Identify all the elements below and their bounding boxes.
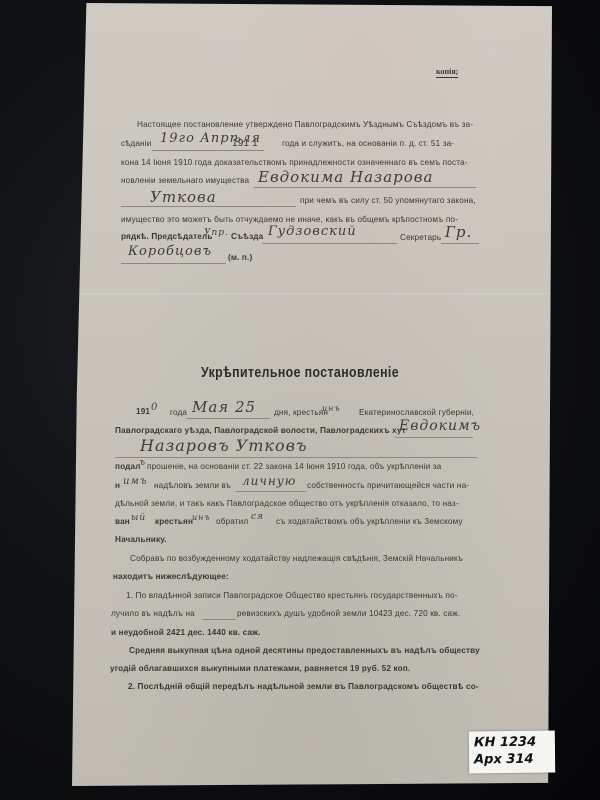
hw-abbr: Упр.	[204, 228, 229, 238]
s2-l7-d: съ ходатайствомъ объ укрѣпленіи къ Земск…	[276, 517, 463, 526]
s1-line1: Настоящее постановление утверждено Павло…	[137, 120, 473, 129]
archive-label: КН 1234 Арх 314	[469, 731, 555, 774]
hw-pronoun: имъ	[123, 476, 147, 487]
s2-l1-a: года	[170, 408, 187, 417]
s2-p3-l3: и неудобной 2421 дес. 1440 кв. саж.	[111, 628, 261, 637]
s2-p2-l2: находитъ нижеслѣдующее:	[113, 572, 229, 581]
fill-line	[152, 150, 264, 151]
fill-line	[186, 418, 270, 419]
fill-line	[121, 206, 296, 207]
fill-line	[262, 243, 397, 244]
s1-line3: кона 14 Іюня 1910 года доказательствомъ …	[121, 158, 468, 167]
s2-l1-c: Екатеринославской губерніи,	[359, 408, 474, 417]
s2-l4-b: прошеніе, на основаніи ст. 22 закона 14 …	[147, 462, 441, 471]
s2-l7-a: ван	[115, 517, 130, 526]
archive-number: Арх 314	[474, 751, 555, 769]
hw-year: 191 1	[232, 138, 258, 149]
hw-secretary: Коробцовъ	[128, 244, 212, 259]
s2-l8: Начальнику.	[115, 535, 167, 544]
fill-line	[254, 187, 476, 188]
seal-place: (м. п.)	[228, 253, 252, 262]
hw-chairman: Гудзовский	[268, 224, 357, 239]
paper-fold	[72, 293, 552, 294]
hw-first-name: Евдокимъ	[399, 418, 481, 434]
s2-year: 191	[136, 407, 150, 416]
hw-ownership: личную	[242, 474, 296, 488]
s1-line2-b: года и служитъ, на основаніи п. д. ст. 5…	[282, 139, 454, 148]
fill-line	[121, 263, 226, 264]
hw-date: Мая 25	[192, 398, 256, 416]
s2-l7-b: крестьян	[155, 517, 193, 526]
s2-p5-l1: 2. Послѣдній общій передѣлъ надѣльной зе…	[128, 682, 479, 691]
s2-p4-l2: угодій облагавшихся выкупными платежами,…	[110, 664, 410, 673]
fill-line	[441, 243, 479, 244]
hw-surname: Уткова	[150, 188, 217, 206]
hw-full-name: Назаровъ Утковъ	[140, 436, 308, 455]
s1-line7-c: Секретарь	[400, 233, 441, 242]
s1-line7-b: Съѣзда	[231, 232, 263, 241]
s2-l6: дѣльной земли, и такъ какъ Павлоградское…	[115, 499, 459, 508]
copy-stamp: копія;	[436, 67, 458, 78]
s1-line2-a: сѣданіи	[121, 139, 151, 148]
s1-line5: при чемъ въ силу ст. 50 упомянутаго зако…	[300, 196, 476, 205]
fill-line	[115, 457, 477, 458]
s1-line6: имущество это можетъ быть отчуждаемо не …	[121, 215, 458, 224]
s2-p3-l1: 1. По владѣнной записи Павлоградское Общ…	[126, 591, 458, 600]
s2-l5-a: н	[115, 481, 120, 490]
s2-p3-l2-b: ревизскихъ душъ удобной земли 10423 дес.…	[237, 609, 460, 618]
hw-name: Евдокима Назарова	[258, 168, 433, 186]
s2-l4-a: подал	[115, 462, 141, 471]
document-title: Укрѣпительное постановленіе	[54, 364, 546, 381]
archive-code: КН 1234	[474, 734, 555, 752]
s2-l7-c: обратил	[216, 517, 248, 526]
s1-line7-a: рядкѣ. Предсѣдатель	[121, 232, 213, 241]
s2-p4-l1: Средняя выкупная цѣна одной десятины пре…	[129, 646, 480, 655]
hw-ending: ся	[251, 512, 264, 522]
fill-line	[236, 491, 306, 492]
fill-line	[395, 437, 473, 438]
s2-l2: Павлоградскаго уѣзда, Павлоградской воло…	[115, 426, 406, 435]
s1-line4: новленіи земельнаго имущества	[121, 176, 249, 185]
s2-p2-l1: Собравъ по возбужденному ходатайству над…	[130, 554, 463, 563]
s2-l5-b: надѣловъ земли въ	[154, 481, 231, 490]
fill-line	[202, 619, 236, 620]
hw-ending: ый	[131, 513, 146, 523]
hw-ending: инъ	[192, 513, 211, 522]
hw-year-digit: 0	[151, 402, 158, 413]
s2-l1-b: дня, крестьян	[274, 408, 328, 417]
hw-secretary-initial: Гр.	[445, 223, 472, 241]
hw-ending: инъ	[322, 404, 341, 413]
s2-p3-l2-a: лучило въ надѣлъ на	[111, 609, 195, 618]
s2-l5-c: собственность причитающейся части на-	[307, 481, 469, 490]
hw-ending: ъ	[139, 458, 146, 468]
